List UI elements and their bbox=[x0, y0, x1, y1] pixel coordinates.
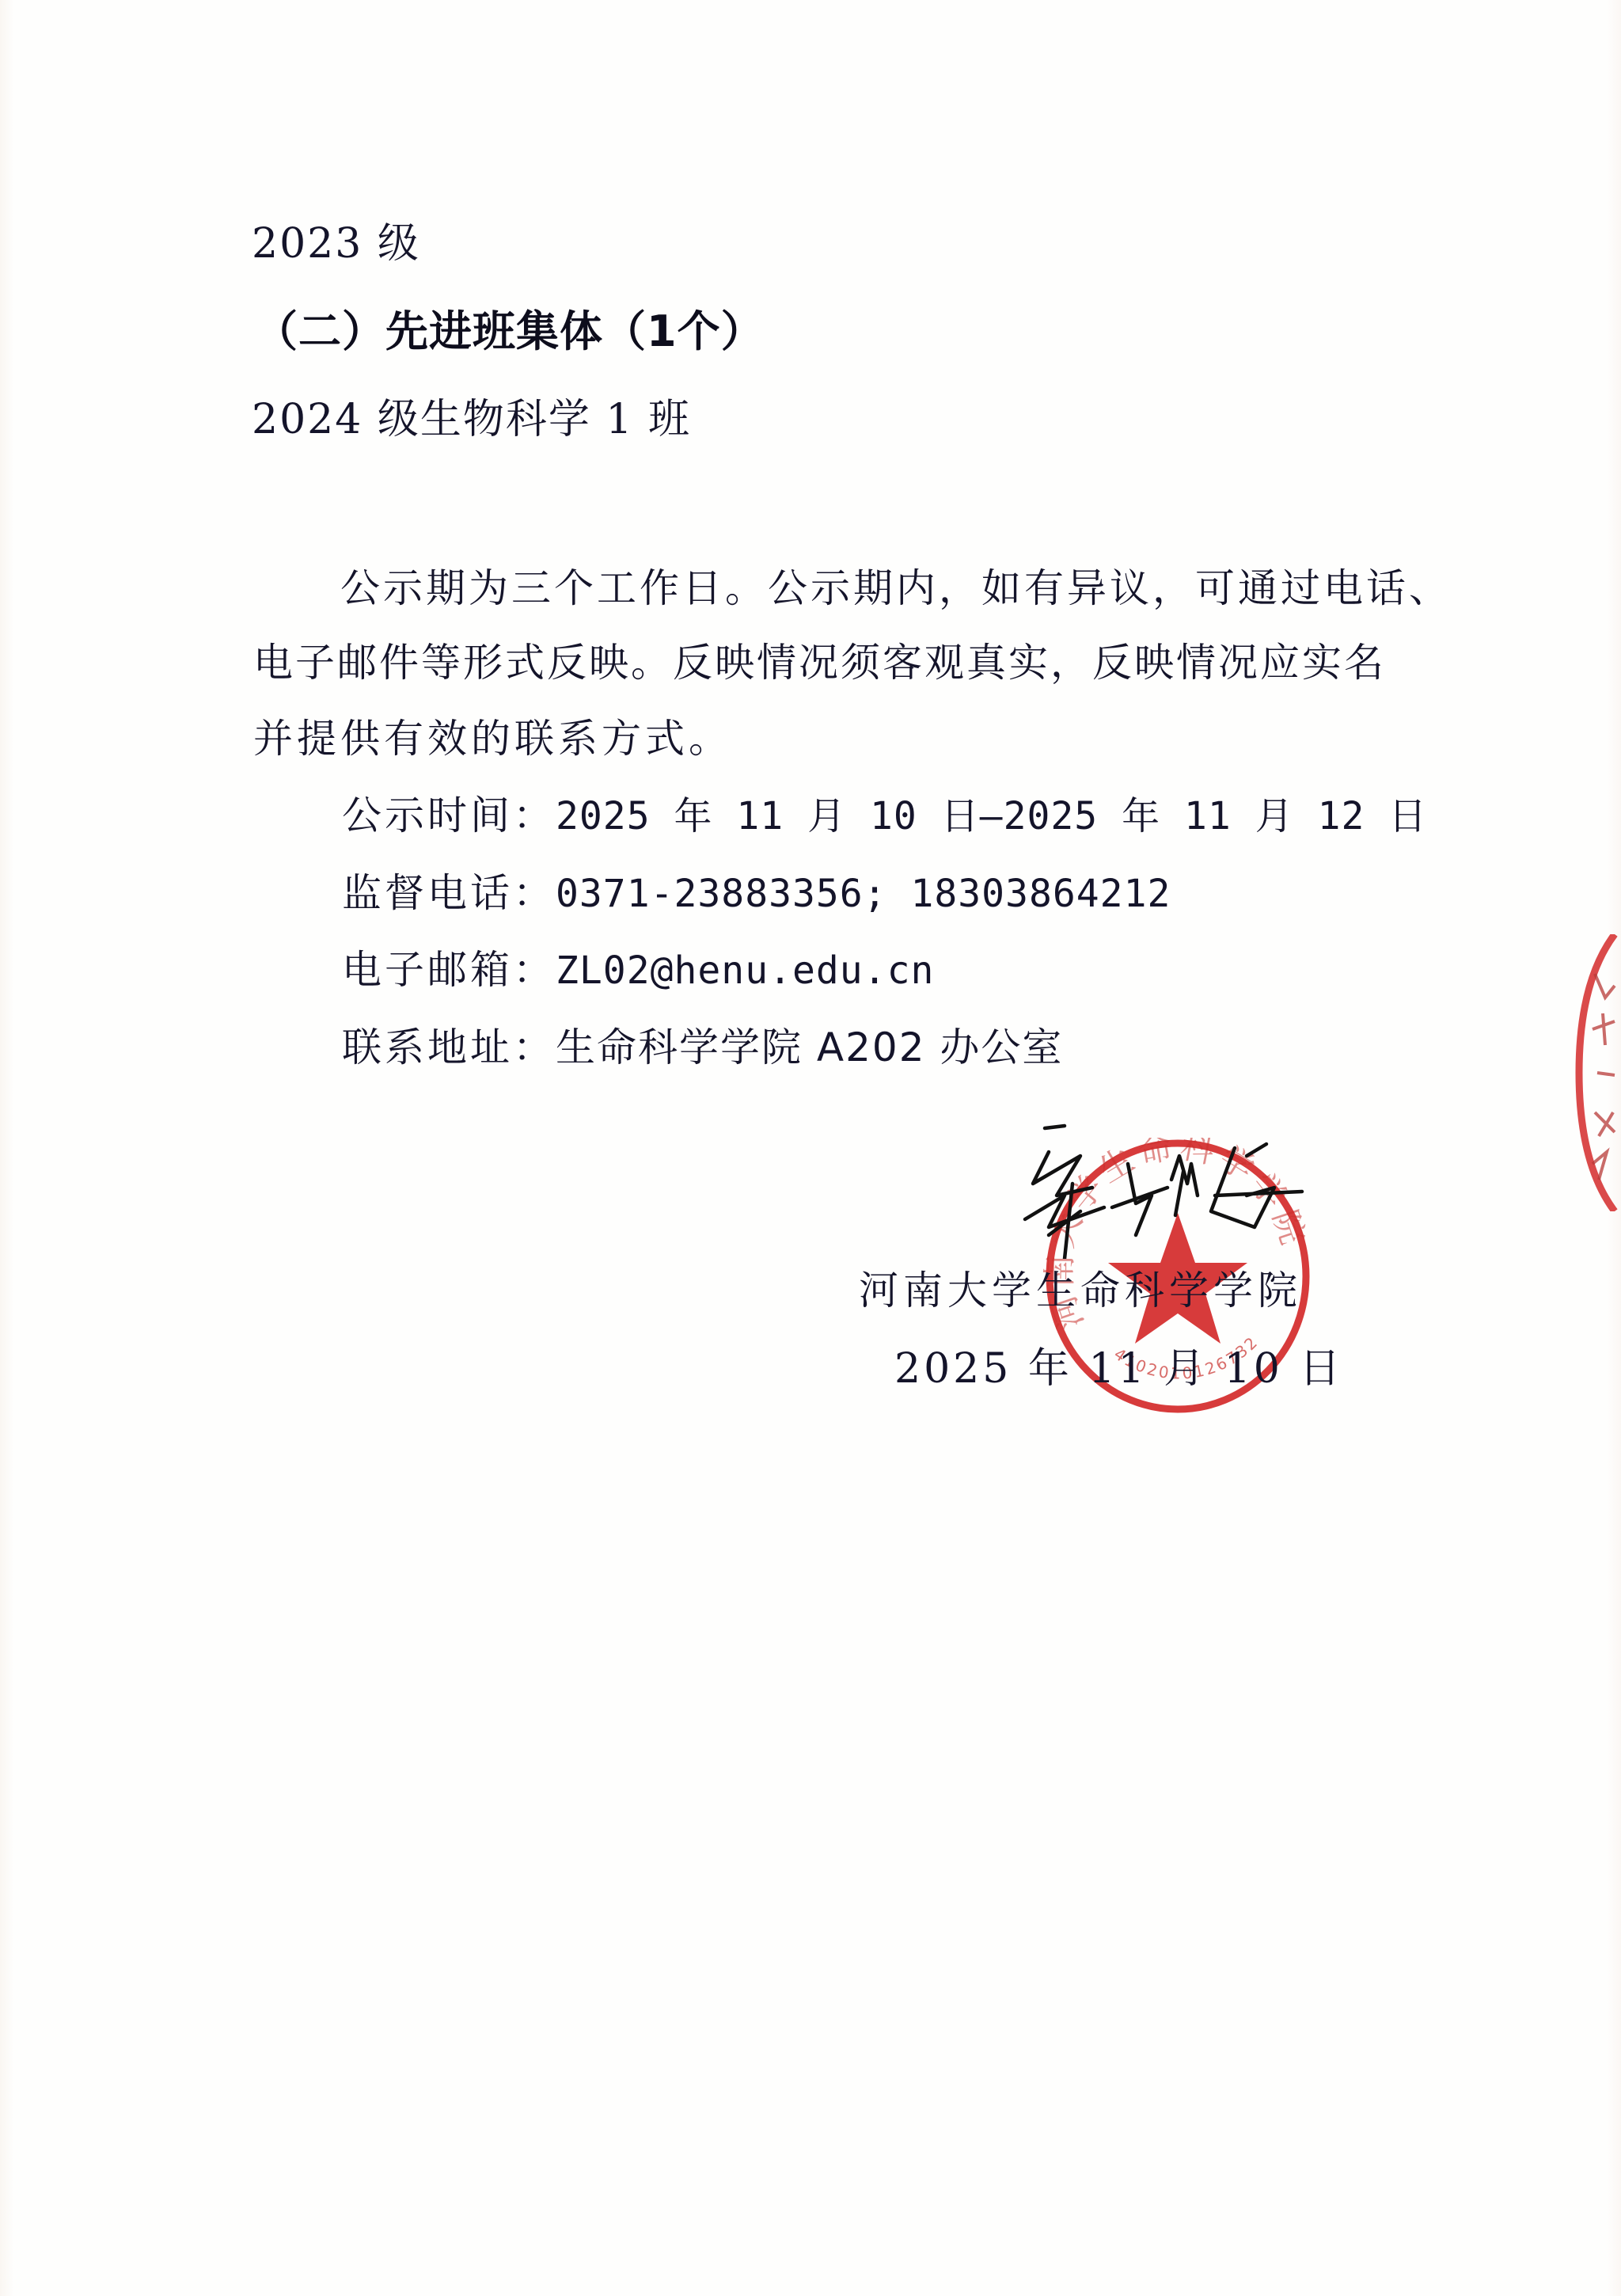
email-value: ZL02@henu.edu.cn bbox=[556, 948, 934, 993]
notice-line-2: 电子邮件等形式反映。反映情况须客观真实，反映情况应实名 bbox=[253, 643, 1386, 682]
section-heading: （二）先进班集体（1个） bbox=[255, 310, 765, 353]
grade-line: 2023 级 bbox=[252, 223, 420, 264]
contact-label: 电子邮箱： bbox=[342, 947, 556, 993]
notice-line-1: 公示期为三个工作日。公示期内，如有异议，可通过电话、 bbox=[340, 568, 1452, 608]
contact-label: 联系地址： bbox=[342, 1024, 556, 1070]
contact-label: 监督电话： bbox=[342, 870, 556, 916]
publicity-period-value: 2025 年 11 月 10 日—2025 年 11 月 12 日 bbox=[556, 794, 1427, 838]
contact-row-email: 电子邮箱：ZL02@henu.edu.cn bbox=[342, 949, 934, 990]
document-page: 2023 级 （二）先进班集体（1个） 2024 级生物科学 1 班 公示期为三… bbox=[0, 0, 1621, 2296]
issuing-organization: 河南大学生命科学学院 bbox=[859, 1271, 1302, 1310]
issue-date: 2025 年 11 月 10 日 bbox=[894, 1348, 1343, 1389]
contact-row-phone: 监督电话：0371-23883356; 18303864212 bbox=[342, 872, 1171, 914]
handwritten-signature bbox=[1017, 1108, 1310, 1259]
phone-value: 0371-23883356; 18303864212 bbox=[556, 872, 1171, 916]
seam-seal-icon bbox=[1575, 934, 1621, 1211]
contact-row-period: 公示时间：2025 年 11 月 10 日—2025 年 11 月 12 日 bbox=[342, 795, 1427, 836]
address-value: 生命科学学院 A202 办公室 bbox=[556, 1024, 1063, 1070]
section-item: 2024 级生物科学 1 班 bbox=[252, 399, 691, 440]
contact-row-address: 联系地址：生命科学学院 A202 办公室 bbox=[342, 1027, 1063, 1068]
contact-label: 公示时间： bbox=[342, 793, 556, 838]
notice-line-3: 并提供有效的联系方式。 bbox=[253, 719, 732, 758]
